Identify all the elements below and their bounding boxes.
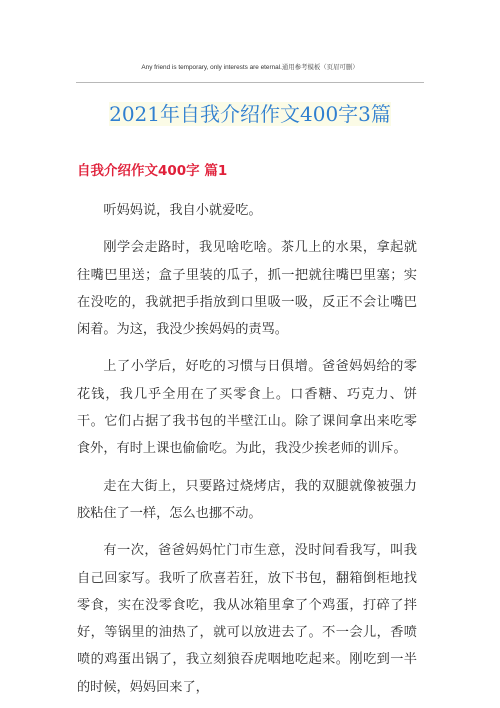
paragraph: 刚学会走路时，我见啥吃啥。茶几上的水果，拿起就往嘴巴里送；盒子里装的瓜子，抓一把… [77, 234, 417, 343]
document-title-container: 2021年自我介绍作文400字3篇 [0, 100, 500, 128]
header-note-english: Any friend is temporary, only interests … [141, 64, 282, 71]
header-note-chinese: 通用参考模板（页眉可删） [282, 63, 359, 71]
paragraph: 走在大街上，只要路过烧烤店，我的双腿就像被强力胶粘住了一样，怎么也挪不动。 [77, 473, 417, 528]
document-title: 2021年自我介绍作文400字3篇 [109, 102, 391, 126]
paragraph: 有一次，爸爸妈妈忙门市生意，没时间看我写，叫我自己回家写。我听了欣喜若狂，放下书… [77, 537, 417, 701]
document-body: 听妈妈说，我自小就爱吃。 刚学会走路时，我见啥吃啥。茶几上的水果，拿起就往嘴巴里… [77, 197, 417, 708]
paragraph: 上了小学后，好吃的习惯与日俱增。爸爸妈妈给的零花钱，我几乎全用在了买零食上。口香… [77, 353, 417, 462]
header-divider [76, 82, 424, 83]
paragraph: 听妈妈说，我自小就爱吃。 [77, 197, 417, 224]
page-header-note: Any friend is temporary, only interests … [0, 62, 500, 71]
section-heading: 自我介绍作文400字 篇1 [77, 161, 227, 181]
